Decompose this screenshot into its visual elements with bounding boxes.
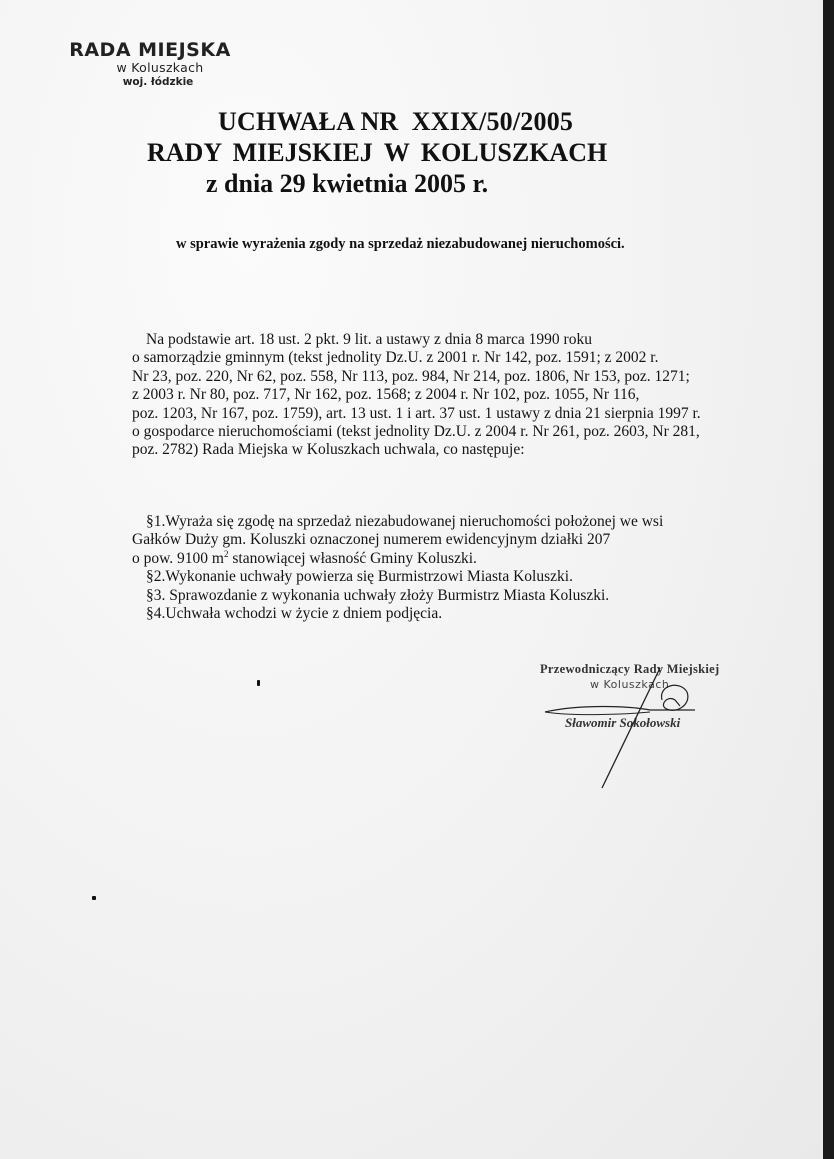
- paragraph-3: §3. Sprawozdanie z wykonania uchwały zło…: [132, 587, 663, 605]
- resolution-date: z dnia 29 kwietnia 2005 r.: [206, 169, 488, 199]
- stamp-line-2: w Koluszkach: [72, 60, 248, 76]
- ownership-text: stanowiącej własność Gminy Koluszki.: [229, 550, 477, 567]
- resolution-subject: w sprawie wyrażenia zgody na sprzedaż ni…: [176, 236, 625, 253]
- stamp-line-1: RADA MIEJSKA: [52, 40, 248, 60]
- paragraph-1-line: §1.Wyraża się zgodę na sprzedaż niezabud…: [132, 513, 663, 531]
- resolution-paragraphs: §1.Wyraża się zgodę na sprzedaż niezabud…: [132, 513, 663, 623]
- scan-speck: [257, 680, 260, 686]
- preamble: Na podstawie art. 18 ust. 2 pkt. 9 lit. …: [132, 331, 701, 460]
- handwritten-signature-icon: [540, 660, 730, 800]
- document-page: RADA MIEJSKA w Koluszkach woj. łódzkie U…: [0, 0, 823, 1159]
- area-text: o pow. 9100 m: [132, 550, 224, 567]
- preamble-line: Na podstawie art. 18 ust. 2 pkt. 9 lit. …: [132, 331, 701, 349]
- stamp-line-3: woj. łódzkie: [68, 76, 248, 89]
- paragraph-1-line: Gałków Duży gm. Koluszki oznaczonej nume…: [132, 531, 663, 549]
- preamble-line: poz. 2782) Rada Miejska w Koluszkach uch…: [132, 441, 701, 459]
- council-stamp: RADA MIEJSKA w Koluszkach woj. łódzkie: [58, 40, 248, 89]
- preamble-line: o samorządzie gminnym (tekst jednolity D…: [132, 349, 701, 367]
- scan-speck: [92, 896, 96, 900]
- preamble-line: poz. 1203, Nr 167, poz. 1759), art. 13 u…: [132, 405, 701, 423]
- preamble-line: Nr 23, poz. 220, Nr 62, poz. 558, Nr 113…: [132, 368, 701, 386]
- preamble-line: z 2003 r. Nr 80, poz. 717, Nr 162, poz. …: [132, 386, 701, 404]
- signature-block: Przewodniczący Rady Miejskiej w Koluszka…: [540, 660, 730, 800]
- council-name: RADY MIEJSKIEJ W KOLUSZKACH: [147, 138, 607, 168]
- paragraph-2: §2.Wykonanie uchwały powierza się Burmis…: [132, 568, 663, 586]
- resolution-number: UCHWAŁA NR XXIX/50/2005: [218, 107, 573, 137]
- paragraph-1-line: o pow. 9100 m2 stanowiącej własność Gmin…: [132, 550, 663, 568]
- preamble-line: o gospodarce nieruchomościami (tekst jed…: [132, 423, 701, 441]
- paragraph-4: §4.Uchwała wchodzi w życie z dniem podję…: [132, 605, 663, 623]
